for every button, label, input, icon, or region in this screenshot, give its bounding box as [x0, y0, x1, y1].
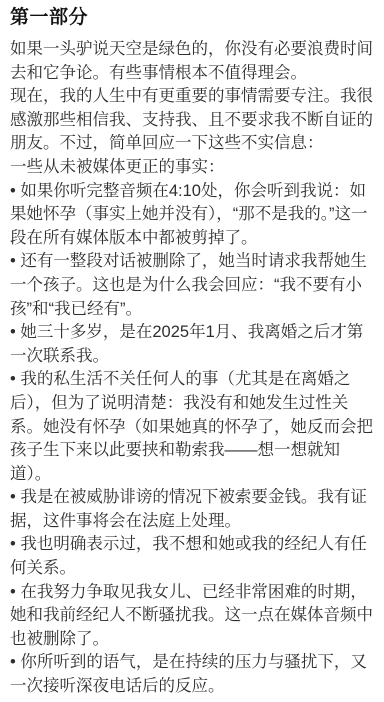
- bullet-paragraph: • 你所听到的语气，是在持续的压力与骚扰下，又一次接听深夜电话后的反应。: [10, 651, 374, 698]
- bullet-paragraph: • 我也明确表示过，我不想和她或我的经纪人有任何关系。: [10, 533, 374, 580]
- bullet-paragraph: • 如果你听完整音频在4:10处，你会听到我说：如果她怀孕（事实上她并没有），“…: [10, 180, 374, 251]
- bullet-paragraph: • 在我努力争取见我女儿、已经非常困难的时期，她和我前经纪人不断骚扰我。这一点在…: [10, 581, 374, 652]
- section-title: 第一部分: [10, 5, 374, 31]
- bullet-paragraph: • 我的私生活不关任何人的事（尤其是在离婚之后），但为了说明清楚：我没有和她发生…: [10, 368, 374, 486]
- bullet-paragraph: • 还有一整段对话被删除了，她当时请求我帮她生一个孩子。这也是为什么我会回应：“…: [10, 250, 374, 321]
- bullet-paragraph: • 我是在被威胁诽谤的情况下被索要金钱。我有证据，这件事将会在法庭上处理。: [10, 486, 374, 533]
- bullet-paragraph: • 她三十多岁，是在2025年1月、我离婚之后才第一次联系我。: [10, 321, 374, 368]
- paragraph: 如果一头驴说天空是绿色的，你没有必要浪费时间去和它争论。有些事情根本不值得理会。: [10, 38, 374, 85]
- paragraph: 现在，我的人生中有更重要的事情需要专注。我很感激那些相信我、支持我、且不要求我不…: [10, 85, 374, 156]
- paragraph: 一些从未被媒体更正的事实：: [10, 156, 374, 180]
- statement-page: 第一部分 如果一头驴说天空是绿色的，你没有必要浪费时间去和它争论。有些事情根本不…: [0, 0, 384, 702]
